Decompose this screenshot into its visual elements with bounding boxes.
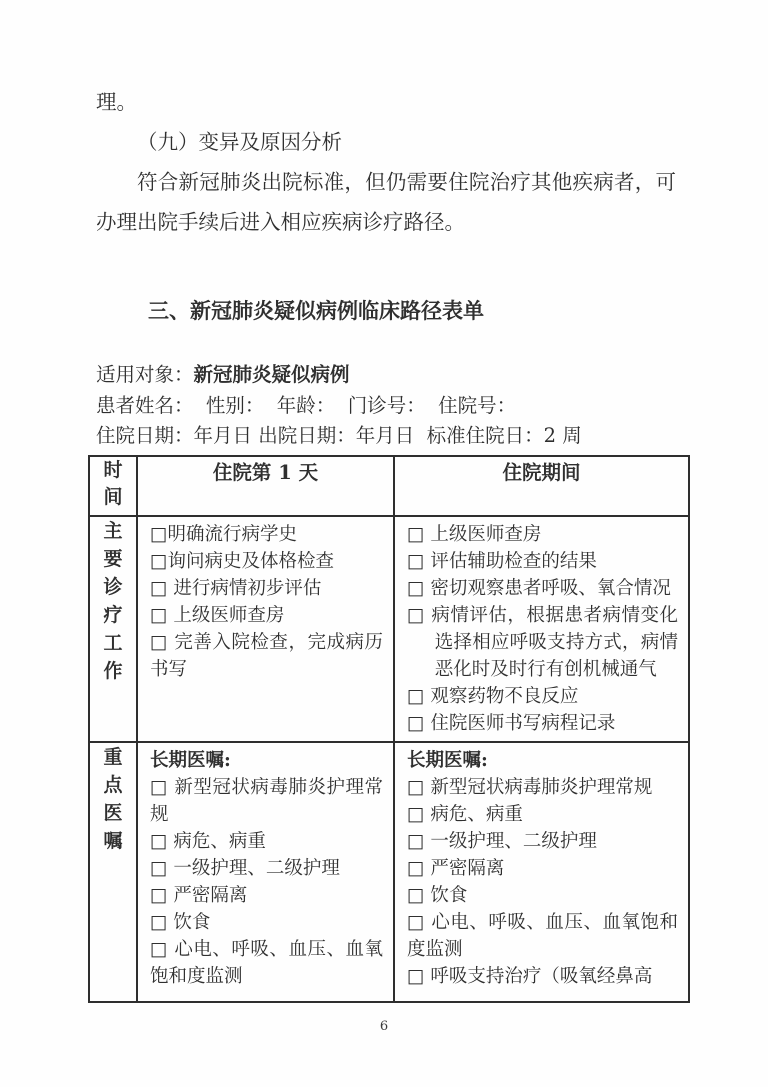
header-time-label: 时间 xyxy=(101,457,125,511)
applicable-value: 新冠肺炎疑似病例 xyxy=(194,363,350,386)
document-page: 理。 （九）变异及原因分析 符合新冠肺炎出院标准，但仍需要住院治疗其他疾病者，可… xyxy=(0,0,768,1087)
table-row-main-tasks: 主要诊疗工作 □明确流行病学史□询问病史及体格检查□ 进行病情初步评估□ 上级医… xyxy=(89,516,689,742)
applicable-label: 适用对象： xyxy=(96,363,194,386)
checklist-item: □ 新型冠状病毒肺炎护理常规 xyxy=(150,774,383,828)
row-label-key-orders: 重点医嘱 xyxy=(101,743,125,855)
day1-task-list: □明确流行病学史□询问病史及体格检查□ 进行病情初步评估□ 上级医师查房□ 完善… xyxy=(138,517,393,687)
checklist-item: □ 住院医师书写病程记录 xyxy=(407,710,678,737)
checklist-item: □ 一级护理、二级护理 xyxy=(407,828,678,855)
checklist-item: □ 进行病情初步评估 xyxy=(150,575,383,602)
paragraph-continuation: 理。 xyxy=(96,82,676,122)
checklist-item: □ 病危、病重 xyxy=(407,801,678,828)
checklist-item: □明确流行病学史 xyxy=(150,521,383,548)
day1-orders-items: □ 新型冠状病毒肺炎护理常规□ 病危、病重□ 一级护理、二级护理□ 严密隔离□ … xyxy=(150,774,383,990)
paragraph-body: 符合新冠肺炎出院标准，但仍需要住院治疗其他疾病者，可办理出院手续后进入相应疾病诊… xyxy=(96,162,676,242)
checklist-item: □ 饮食 xyxy=(150,909,383,936)
day1-order-list: 长期医嘱: □ 新型冠状病毒肺炎护理常规□ 病危、病重□ 一级护理、二级护理□ … xyxy=(138,743,393,994)
header-cell-period: 住院期间 xyxy=(394,456,689,516)
checklist-item: □ 饮食 xyxy=(407,882,678,909)
row-label-cell-key-orders: 重点医嘱 xyxy=(89,742,137,1002)
header-cell-day1: 住院第 1 天 xyxy=(137,456,394,516)
checklist-item: □ 新型冠状病毒肺炎护理常规 xyxy=(407,774,678,801)
table-header-row: 时间 住院第 1 天 住院期间 xyxy=(89,456,689,516)
checklist-item: □ 病情评估，根据患者病情变化选择相应呼吸支持方式，病情恶化时及时行有创机械通气 xyxy=(407,602,678,683)
cell-period-tasks: □ 上级医师查房□ 评估辅助检查的结果□ 密切观察患者呼吸、氧合情况□ 病情评估… xyxy=(394,516,689,742)
table-row-key-orders: 重点医嘱 长期医嘱: □ 新型冠状病毒肺炎护理常规□ 病危、病重□ 一级护理、二… xyxy=(89,742,689,1002)
checklist-item: □ 心电、呼吸、血压、血氧饱和度监测 xyxy=(407,909,678,963)
cell-day1-tasks: □明确流行病学史□询问病史及体格检查□ 进行病情初步评估□ 上级医师查房□ 完善… xyxy=(137,516,394,742)
checklist-item: □ 严密隔离 xyxy=(150,882,383,909)
checklist-item: □ 评估辅助检查的结果 xyxy=(407,548,678,575)
checklist-item: □ 病危、病重 xyxy=(150,828,383,855)
period-orders-heading: 长期医嘱: xyxy=(407,747,678,774)
period-task-list: □ 上级医师查房□ 评估辅助检查的结果□ 密切观察患者呼吸、氧合情况□ 病情评估… xyxy=(395,517,688,741)
checklist-item: □ 观察药物不良反应 xyxy=(407,683,678,710)
period-orders-items: □ 新型冠状病毒肺炎护理常规□ 病危、病重□ 一级护理、二级护理□ 严密隔离□ … xyxy=(407,774,678,990)
subsection-heading: （九）变异及原因分析 xyxy=(96,122,676,162)
checklist-item: □询问病史及体格检查 xyxy=(150,548,383,575)
cell-period-orders: 长期医嘱: □ 新型冠状病毒肺炎护理常规□ 病危、病重□ 一级护理、二级护理□ … xyxy=(394,742,689,1002)
applicable-line: 适用对象：新冠肺炎疑似病例 xyxy=(96,360,768,391)
row-label-cell-main-tasks: 主要诊疗工作 xyxy=(89,516,137,742)
cell-day1-orders: 长期医嘱: □ 新型冠状病毒肺炎护理常规□ 病危、病重□ 一级护理、二级护理□ … xyxy=(137,742,394,1002)
checklist-item: □ 严密隔离 xyxy=(407,855,678,882)
top-paragraphs: 理。 （九）变异及原因分析 符合新冠肺炎出院标准，但仍需要住院治疗其他疾病者，可… xyxy=(0,0,676,242)
checklist-item: □ 一级护理、二级护理 xyxy=(150,855,383,882)
clinical-pathway-table: 时间 住院第 1 天 住院期间 主要诊疗工作 □明确流行病学史□询问病史及体格检… xyxy=(88,455,690,1003)
period-order-list: 长期医嘱: □ 新型冠状病毒肺炎护理常规□ 病危、病重□ 一级护理、二级护理□ … xyxy=(395,743,688,994)
section-title: 三、新冠肺炎疑似病例临床路径表单 xyxy=(148,296,768,326)
patient-info-line: 患者姓名： 性别： 年龄： 门诊号： 住院号： xyxy=(96,391,768,422)
page-number: 6 xyxy=(0,1019,768,1034)
form-info-block: 适用对象：新冠肺炎疑似病例 患者姓名： 性别： 年龄： 门诊号： 住院号： 住院… xyxy=(96,360,768,452)
checklist-item: □ 心电、呼吸、血压、血氧饱和度监测 xyxy=(150,936,383,990)
checklist-item: □ 完善入院检查，完成病历书写 xyxy=(150,629,383,683)
header-cell-time: 时间 xyxy=(89,456,137,516)
checklist-item: □ 上级医师查房 xyxy=(407,521,678,548)
day1-orders-heading: 长期医嘱: xyxy=(150,747,383,774)
checklist-item: □ 上级医师查房 xyxy=(150,602,383,629)
checklist-item: □ 呼吸支持治疗（吸氧经鼻高 xyxy=(407,963,678,990)
row-label-main-tasks: 主要诊疗工作 xyxy=(101,517,125,685)
checklist-item: □ 密切观察患者呼吸、氧合情况 xyxy=(407,575,678,602)
admission-info-line: 住院日期：年月日 出院日期：年月日 标准住院日：2 周 xyxy=(96,421,768,452)
